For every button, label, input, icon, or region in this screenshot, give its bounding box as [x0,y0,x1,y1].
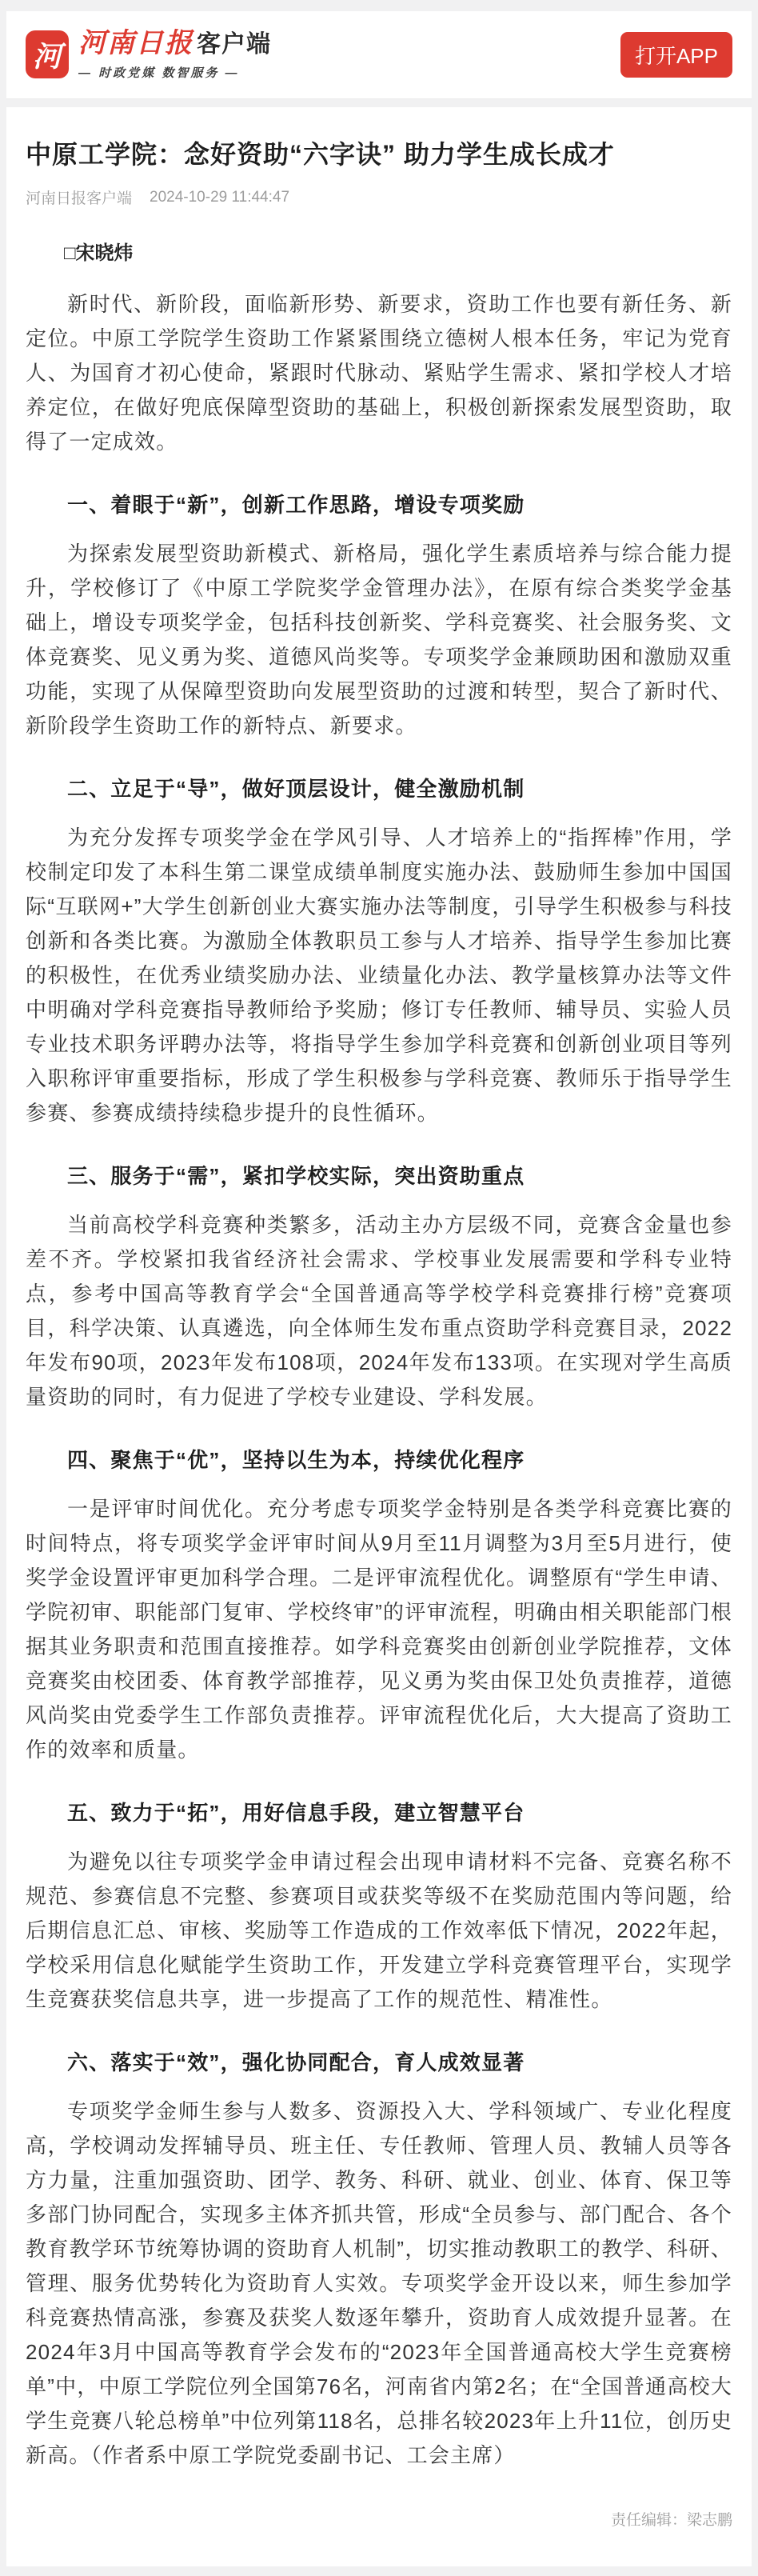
article-publish-time: 2024-10-29 11:44:47 [150,189,289,206]
body-paragraph: 为充分发挥专项奖学金在学风引导、人才培养上的“指挥棒”作用，学校制定印发了本科生… [26,821,732,1130]
section-heading: 六、落实于“效”，强化协同配合，育人成效显著 [26,2046,732,2080]
app-header: 河 河南日报 客户端 — 时政党媒 数智服务 — 打开APP [6,11,752,99]
article-card: 中原工学院：念好资助“六字诀” 助力学生成长成才 河南日报客户端 2024-10… [6,107,752,2566]
bottom-gap [0,2566,758,2576]
brand-tagline: — 时政党媒 数智服务 — [78,64,271,81]
brand-name-red: 河南日报 [78,29,193,58]
brand-text: 河南日报 客户端 — 时政党媒 数智服务 — [78,29,271,80]
brand-logo-char: 河 [33,34,62,75]
section-heading: 四、聚焦于“优”，坚持以生为本，持续优化程序 [26,1443,732,1478]
section-heading: 五、致力于“拓”，用好信息手段，建立智慧平台 [26,1796,732,1830]
body-paragraph: 新时代、新阶段，面临新形势、新要求，资助工作也要有新任务、新定位。中原工学院学生… [26,287,732,459]
brand-name-dark: 客户端 [197,31,271,58]
article-title: 中原工学院：念好资助“六字诀” 助力学生成长成才 [26,138,732,172]
page: 河 河南日报 客户端 — 时政党媒 数智服务 — 打开APP 中原工学院：念好资… [0,0,758,2576]
body-paragraph: 为探索发展型资助新模式、新格局，强化学生素质培养与综合能力提升，学校修订了《中原… [26,537,732,743]
open-app-button[interactable]: 打开APP [620,32,732,78]
article-author: □宋晓炜 [26,237,732,265]
brand-logo-icon: 河 [26,30,69,78]
section-heading: 一、着眼于“新”，创新工作思路，增设专项奖励 [26,488,732,522]
article-meta: 河南日报客户端 2024-10-29 11:44:47 [26,186,732,208]
brand-logo[interactable]: 河 河南日报 客户端 — 时政党媒 数智服务 — [26,29,271,80]
body-paragraph: 当前高校学科竞赛种类繁多，活动主办方层级不同，竞赛含金量也参差不齐。学校紧扣我省… [26,1208,732,1414]
article-body: 新时代、新阶段，面临新形势、新要求，资助工作也要有新任务、新定位。中原工学院学生… [26,287,732,2473]
article-source: 河南日报客户端 [26,186,132,208]
body-paragraph: 一是评审时间优化。充分考虑专项奖学金特别是各类学科竞赛比赛的时间特点，将专项奖学… [26,1492,732,1767]
section-heading: 三、服务于“需”，紧扣学校实际，突出资助重点 [26,1159,732,1194]
section-heading: 二、立足于“导”，做好顶层设计，健全激励机制 [26,772,732,806]
body-paragraph: 专项奖学金师生参与人数多、资源投入大、学科领域广、专业化程度高，学校调动发挥辅导… [26,2094,732,2473]
body-paragraph: 为避免以往专项奖学金申请过程会出现申请材料不完备、竞赛名称不规范、参赛信息不完整… [26,1845,732,2017]
editor-credit: 责任编辑：梁志鹏 [26,2508,732,2530]
